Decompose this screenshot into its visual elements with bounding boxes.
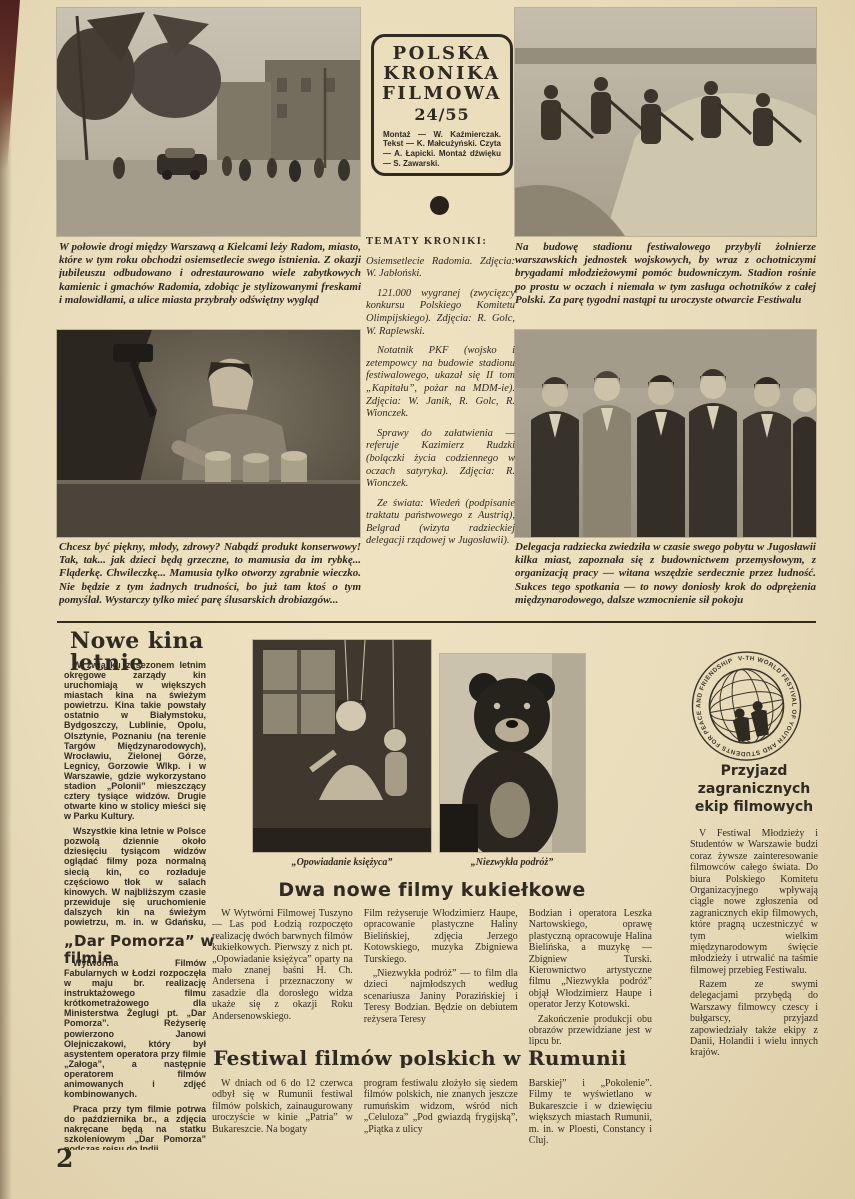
- photo-stadium-construction: [515, 8, 816, 236]
- section-divider-rule: [57, 621, 816, 623]
- boy-cans-illustration: [57, 330, 360, 537]
- tematy-item: 121.000 wygranej (zwycięzcy konkursu Pol…: [366, 288, 515, 338]
- heading-festiwal-rumunia: Festiwal filmów polskich w Rumunii: [140, 1048, 700, 1068]
- paragraph: Bodzian i operatora Leszka Nartowskiego,…: [529, 908, 652, 1011]
- masthead-box: POLSKA KRONIKA FILMOWA 24/55 Montaż — W.…: [371, 34, 513, 176]
- tematy-heading: TEMATY KRONIKI:: [366, 236, 515, 249]
- delegation-illustration: [515, 330, 816, 537]
- photo-radom-street: [57, 8, 360, 236]
- newspaper-page: POLSKA KRONIKA FILMOWA 24/55 Montaż — W.…: [0, 0, 855, 1199]
- photo-puppet-teddy-bear: [440, 654, 585, 852]
- tematy-item: Notatnik PKF (wojsko i zetempowcy na bud…: [366, 345, 515, 421]
- scan-edge-shadow: [0, 0, 12, 1199]
- heading-dwa-nowe-filmy: Dwa nowe filmy kukiełkowe: [212, 881, 652, 900]
- paragraph: W dniach od 6 do 12 czerwca odbył się w …: [212, 1078, 353, 1135]
- column-1: W Wytwórni Filmowej Tuszyno — Las pod Ło…: [212, 908, 353, 1046]
- tematy-kroniki-block: TEMATY KRONIKI: Osiemsetlecie Radomia. Z…: [366, 236, 515, 630]
- column-3: Bodzian i operatora Leszka Nartowskiego,…: [529, 908, 652, 1046]
- radom-street-illustration: [57, 8, 360, 236]
- puppet-moon-tale-illustration: [253, 640, 431, 852]
- column-1: W dniach od 6 do 12 czerwca odbył się w …: [212, 1078, 353, 1190]
- caption-puppet-journey: „Niezwykła podróż”: [428, 857, 596, 869]
- photo-puppet-moon-tale: [253, 640, 431, 852]
- paragraph: „Niezwykła podróż” — to film dla dzieci …: [364, 968, 518, 1025]
- page-number: 2: [56, 1146, 96, 1171]
- caption-conserve: Chcesz być piękny, młody, zdrowy? Nabądź…: [59, 541, 361, 621]
- tematy-item: Sprawy do załatwienia — referuje Kazimie…: [366, 428, 515, 491]
- column-2: Film reżyseruje Włodzimierz Haupe, oprac…: [364, 908, 518, 1046]
- paragraph: Praca przy tym filmie potrwa do paździer…: [64, 1104, 206, 1150]
- paragraph: Barskiej” i „Pokolenie”. Filmy te wyświe…: [529, 1078, 652, 1146]
- masthead-issue-number: 24/55: [381, 105, 503, 124]
- masthead-title-line3: FILMOWA: [381, 84, 503, 104]
- masthead-title-line2: KRONIKA: [381, 64, 503, 84]
- paragraph: Wszystkie kina letnie w Polsce pozwolą d…: [64, 826, 206, 928]
- paragraph: W Wytwórni Filmowej Tuszyno — Las pod Ło…: [212, 908, 353, 1022]
- paragraph: V Festiwal Młodzieży i Studentów w Warsz…: [690, 828, 818, 976]
- caption-radom: W połowie drogi między Warszawą a Kielca…: [59, 241, 361, 323]
- masthead-title: POLSKA KRONIKA FILMOWA: [381, 44, 503, 104]
- paragraph: Wytwórnia Filmów Fabularnych w Łodzi roz…: [64, 958, 206, 1099]
- column-2: program festiwalu złożyło się siedem fil…: [364, 1078, 518, 1190]
- paragraph: Razem ze swymi delegacjami przybędą do W…: [690, 979, 818, 1059]
- article-kukielkowe-columns: W Wytwórni Filmowej Tuszyno — Las pod Ło…: [212, 908, 652, 1046]
- masthead-credits: Montaż — W. Kaźmierczak. Tekst — K. Małc…: [381, 130, 503, 169]
- caption-puppet-moon-tale: „Opowiadanie księżyca”: [253, 857, 431, 869]
- paragraph: Film reżyseruje Włodzimierz Haupe, oprac…: [364, 908, 518, 965]
- paragraph: Zakończenie produkcji obu obrazów przewi…: [529, 1014, 652, 1046]
- photo-soviet-delegation: [515, 330, 816, 537]
- column-3: Barskiej” i „Pokolenie”. Filmy te wyświe…: [529, 1078, 652, 1190]
- article-przyjazd-text: V Festiwal Młodzieży i Studentów w Warsz…: [690, 828, 818, 1188]
- section-bullet-dot: [430, 196, 449, 215]
- caption-delegation: Delegacja radziecka zwiedziła w czasie s…: [515, 541, 816, 621]
- masthead-title-line1: POLSKA: [381, 44, 503, 64]
- article-kina-text: W związku z sezonem letnim okręgowe zarz…: [64, 660, 206, 928]
- caption-stadium: Na budowę stadionu festiwalowego przybyl…: [515, 241, 816, 323]
- tematy-item: Ze świata: Wiedeń (podpisanie traktatu p…: [366, 498, 515, 548]
- paragraph: W związku z sezonem letnim okręgowe zarz…: [64, 660, 206, 821]
- tematy-item: Osiemsetlecie Radomia. Zdjęcia: W. Jabło…: [366, 256, 515, 281]
- article-festiwal-columns: W dniach od 6 do 12 czerwca odbył się w …: [212, 1078, 652, 1190]
- heading-przyjazd-ekip: Przyjazd zagranicznych ekip filmowych: [690, 762, 818, 817]
- paragraph: program festiwalu złożyło się siedem fil…: [364, 1078, 518, 1135]
- stadium-construction-illustration: [515, 8, 816, 236]
- photo-boy-cans: [57, 330, 360, 537]
- teddy-bear-illustration: [440, 654, 585, 852]
